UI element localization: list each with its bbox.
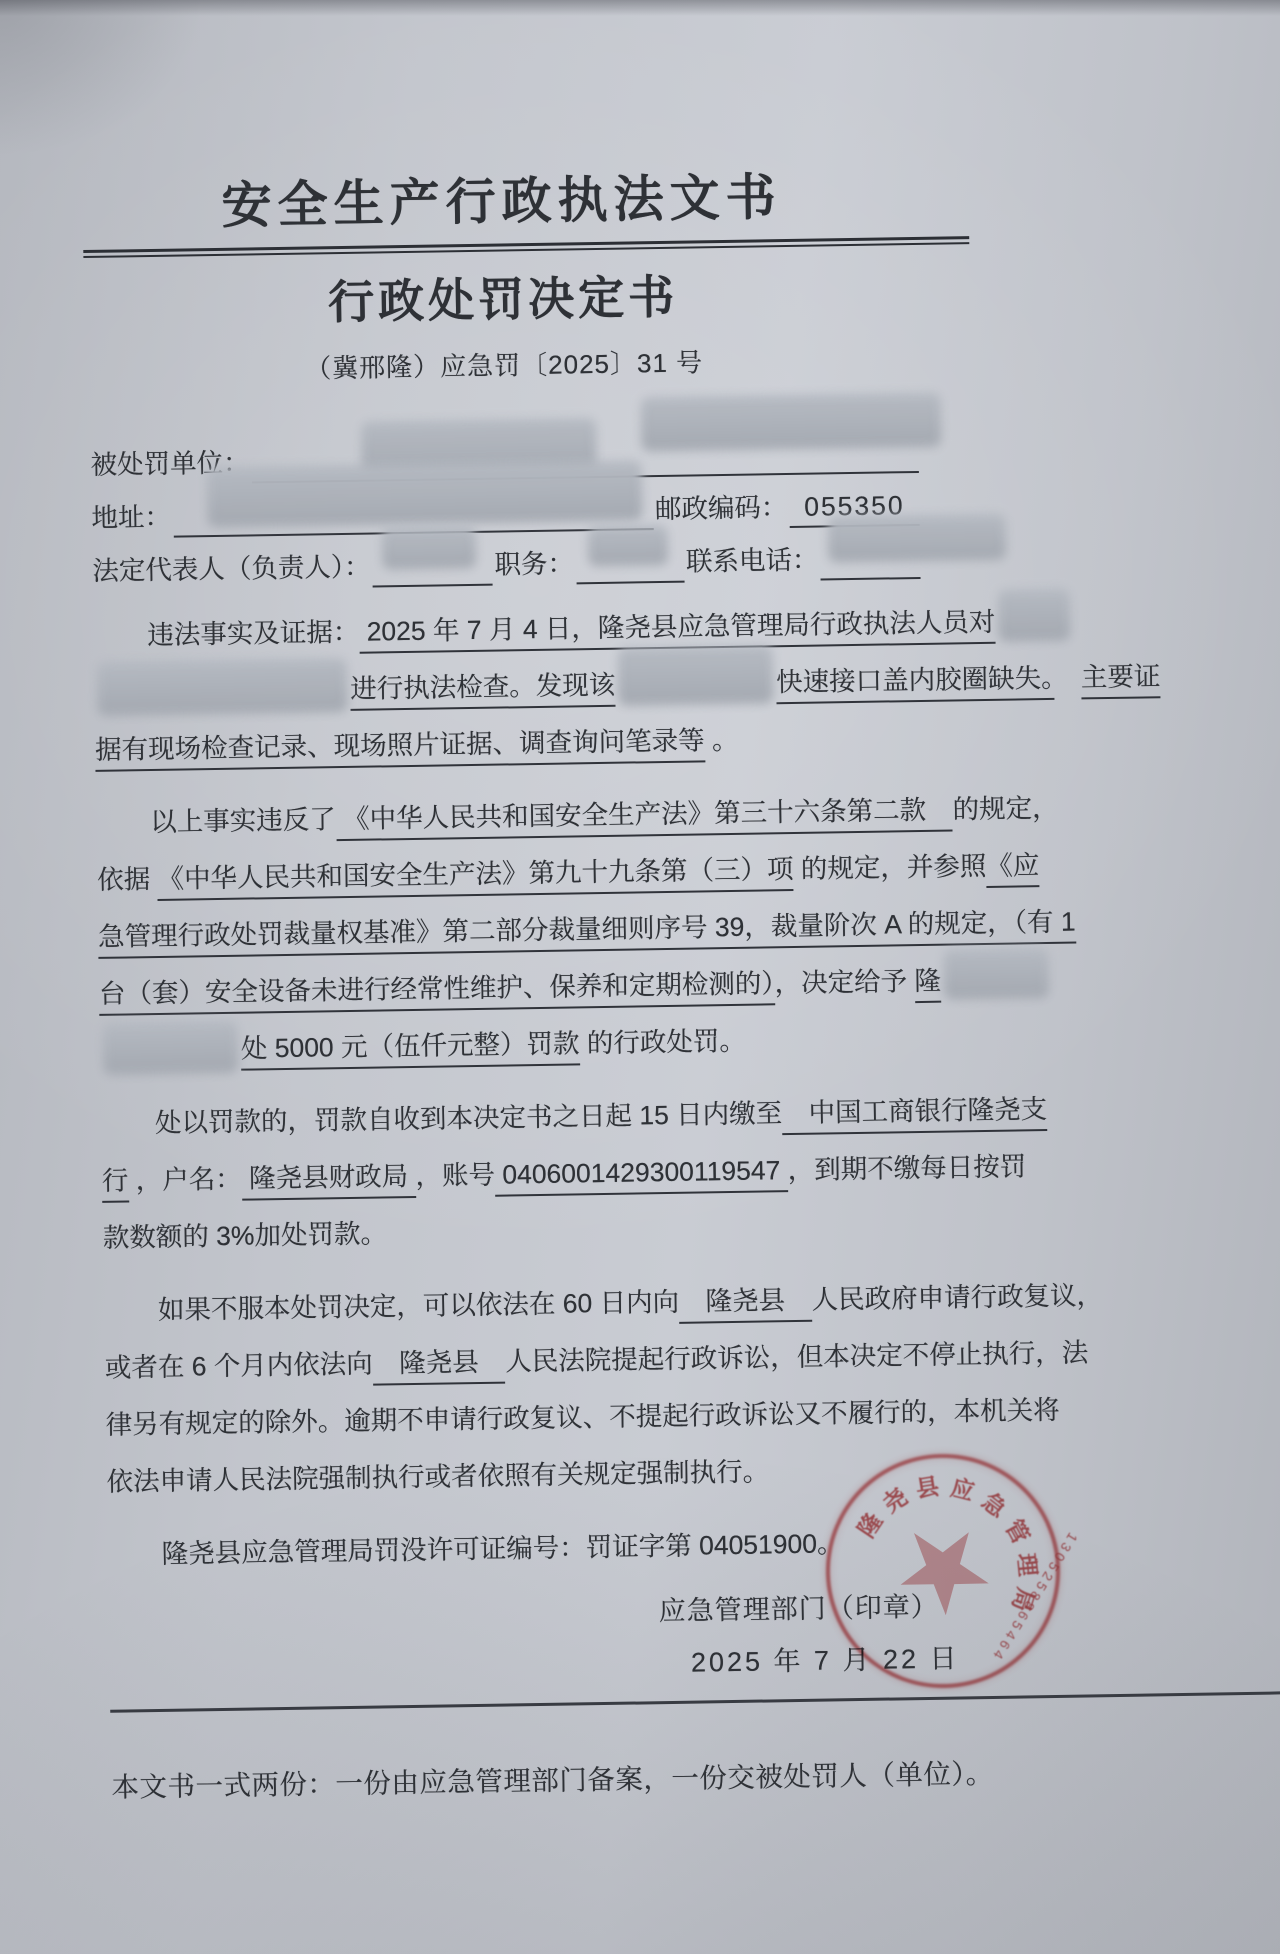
underlined-text: 急管理行政处罚裁量权基准》第二部分裁量细则序号 39，裁量阶次 A 的规定，（有…	[98, 907, 1076, 959]
underlined-text: 主要证	[1081, 661, 1161, 699]
stamp-code: 1305258865464	[988, 1530, 1080, 1665]
printed-content: 安全生产行政执法文书 行政处罚决定书 （冀邢隆）应急罚〔2025〕31 号 被处…	[86, 155, 942, 1805]
text-run: 如果不服本处罚决定，可以依法在 60 日内向	[158, 1287, 680, 1325]
text-run: 人民政府申请行政复议，	[811, 1280, 1103, 1315]
redaction-blur	[998, 589, 1071, 642]
text-run: 违法事实及证据：	[147, 617, 359, 650]
redaction-blur	[618, 645, 774, 705]
underlined-text: 隆	[914, 966, 941, 1003]
stamp-arc-char: 理	[1012, 1552, 1047, 1578]
underlined-text: 快速接口盖内胶圈缺失。	[776, 663, 1055, 704]
redaction-blur	[97, 658, 348, 716]
body-text: 违法事实及证据： 2025 年 7 月 4 日，隆尧县应急管理局行政执法人员对进…	[93, 595, 938, 1584]
phone-label: 联系电话：	[686, 538, 819, 583]
text-run: 依据	[97, 864, 158, 895]
redaction-blur	[828, 514, 1007, 563]
stamp-arc-char: 管	[999, 1513, 1039, 1549]
form-fields: 被处罚单位： 地址： 邮政编码： 055350 法定代表人（负责人）： 职务：	[90, 420, 922, 592]
legal-rep-label: 法定代表人（负责人）：	[92, 545, 371, 592]
text-run: 的规定，并参照	[793, 851, 986, 884]
underlined-text: 隆尧县	[373, 1347, 506, 1386]
text-run: 以上事实违反了	[150, 804, 336, 837]
text-run: 的规定，	[952, 793, 1058, 825]
text-run: 的行政处罚。	[579, 1026, 746, 1059]
header-divider	[83, 236, 969, 258]
body-line: 处 5000 元（伍仟元整）罚款 的行政处罚。	[99, 1010, 930, 1080]
stamp-arc-char: 急	[976, 1483, 1014, 1523]
redaction-blur	[944, 948, 1050, 1000]
text-run: 或者在 6 个月内依法向	[105, 1349, 373, 1383]
underlined-text: 行	[102, 1165, 129, 1202]
underlined-text: 进行执法检查。发现该	[350, 670, 616, 711]
underlined-text: 《中华人民共和国安全生产法》第九十九条第（三）项	[157, 854, 794, 901]
position-blank-line	[576, 539, 685, 585]
text-run: ，到期不缴每日按罚	[787, 1151, 1026, 1185]
text-run: ，户名：	[128, 1164, 242, 1196]
document-category-title: 安全生产行政执法文书	[86, 155, 917, 240]
underlined-text: 台（套）安全设备未进行经常性维护、保养和定期检测的）	[99, 968, 775, 1016]
text-run: ，账号	[415, 1160, 495, 1191]
redaction-blur	[102, 1021, 238, 1075]
footer-note: 本文书一式两份：一份由应急管理部门备案，一份交被处罚人（单位）。	[111, 1752, 942, 1805]
body-line: 据有现场检查记录、现场照片证据、调查询问笔录等 。	[95, 709, 926, 779]
legal-rep-blank-line	[372, 542, 493, 588]
redaction-blur	[641, 393, 942, 452]
underlined-text: 中国工商银行隆尧支	[782, 1094, 1048, 1135]
underlined-text: 处 5000 元（伍仟元整）罚款	[241, 1028, 580, 1070]
stamp-arc-char: 应	[948, 1469, 978, 1507]
redaction-blur	[587, 525, 668, 566]
text-run: 人民法院提起行政诉讼，但本决定不停止执行，法	[505, 1337, 1088, 1376]
underlined-text: 0406001429300119547	[495, 1155, 788, 1197]
stamp-arc-char: 局	[1006, 1584, 1044, 1616]
text-run: ，决定给予	[774, 966, 914, 998]
text-run: 。	[704, 725, 738, 756]
document-number: （冀邢隆）应急罚〔2025〕31 号	[89, 339, 919, 389]
body-line: 款数额的 3%加处罚款。	[102, 1197, 933, 1267]
text-run: 隆尧县应急管理局罚没许可证编号：罚证字第 04051900。	[162, 1528, 844, 1569]
phone-blank-line	[820, 535, 920, 581]
position-label: 职务：	[494, 541, 574, 585]
underlined-text: 隆尧县	[679, 1285, 812, 1324]
body-line: 依法申请人民法院强制执行或者依照有关规定强制执行。	[106, 1441, 937, 1511]
underlined-text: 《中华人民共和国安全生产法》第三十六条第二款	[336, 794, 953, 841]
redaction-blur	[206, 460, 642, 527]
underlined-text: 隆尧县财政局	[242, 1161, 416, 1201]
underlined-text: 据有现场检查记录、现场照片证据、调查询问笔录等	[95, 725, 705, 772]
signature-block: 应急管理部门（印章） 2025 年 7 月 22 日	[108, 1581, 940, 1698]
underlined-text: 《应	[986, 850, 1040, 888]
page-title: 行政处罚决定书	[88, 257, 919, 336]
text-run	[1054, 662, 1081, 692]
body-line: 隆尧县应急管理局罚没许可证编号：罚证字第 04051900。	[107, 1514, 938, 1584]
text-run: 处以罚款的，罚款自收到本决定书之日起 15 日内缴至	[155, 1098, 783, 1138]
address-label: 地址：	[91, 495, 171, 539]
text-run: 款数额的 3%加处罚款。	[103, 1218, 388, 1252]
redaction-blur	[382, 526, 477, 569]
document-photo: { "doc": { "header_title": "安全生产行政执法文书",…	[0, 0, 1280, 1954]
text-run: 依法申请人民法院强制执行或者依照有关规定强制执行。	[106, 1456, 769, 1496]
text-run: 律另有规定的除外。逾期不申请行政复议、不提起行政诉讼又不履行的，本机关将	[106, 1395, 1060, 1440]
postcode-label: 邮政编码：	[655, 485, 788, 530]
